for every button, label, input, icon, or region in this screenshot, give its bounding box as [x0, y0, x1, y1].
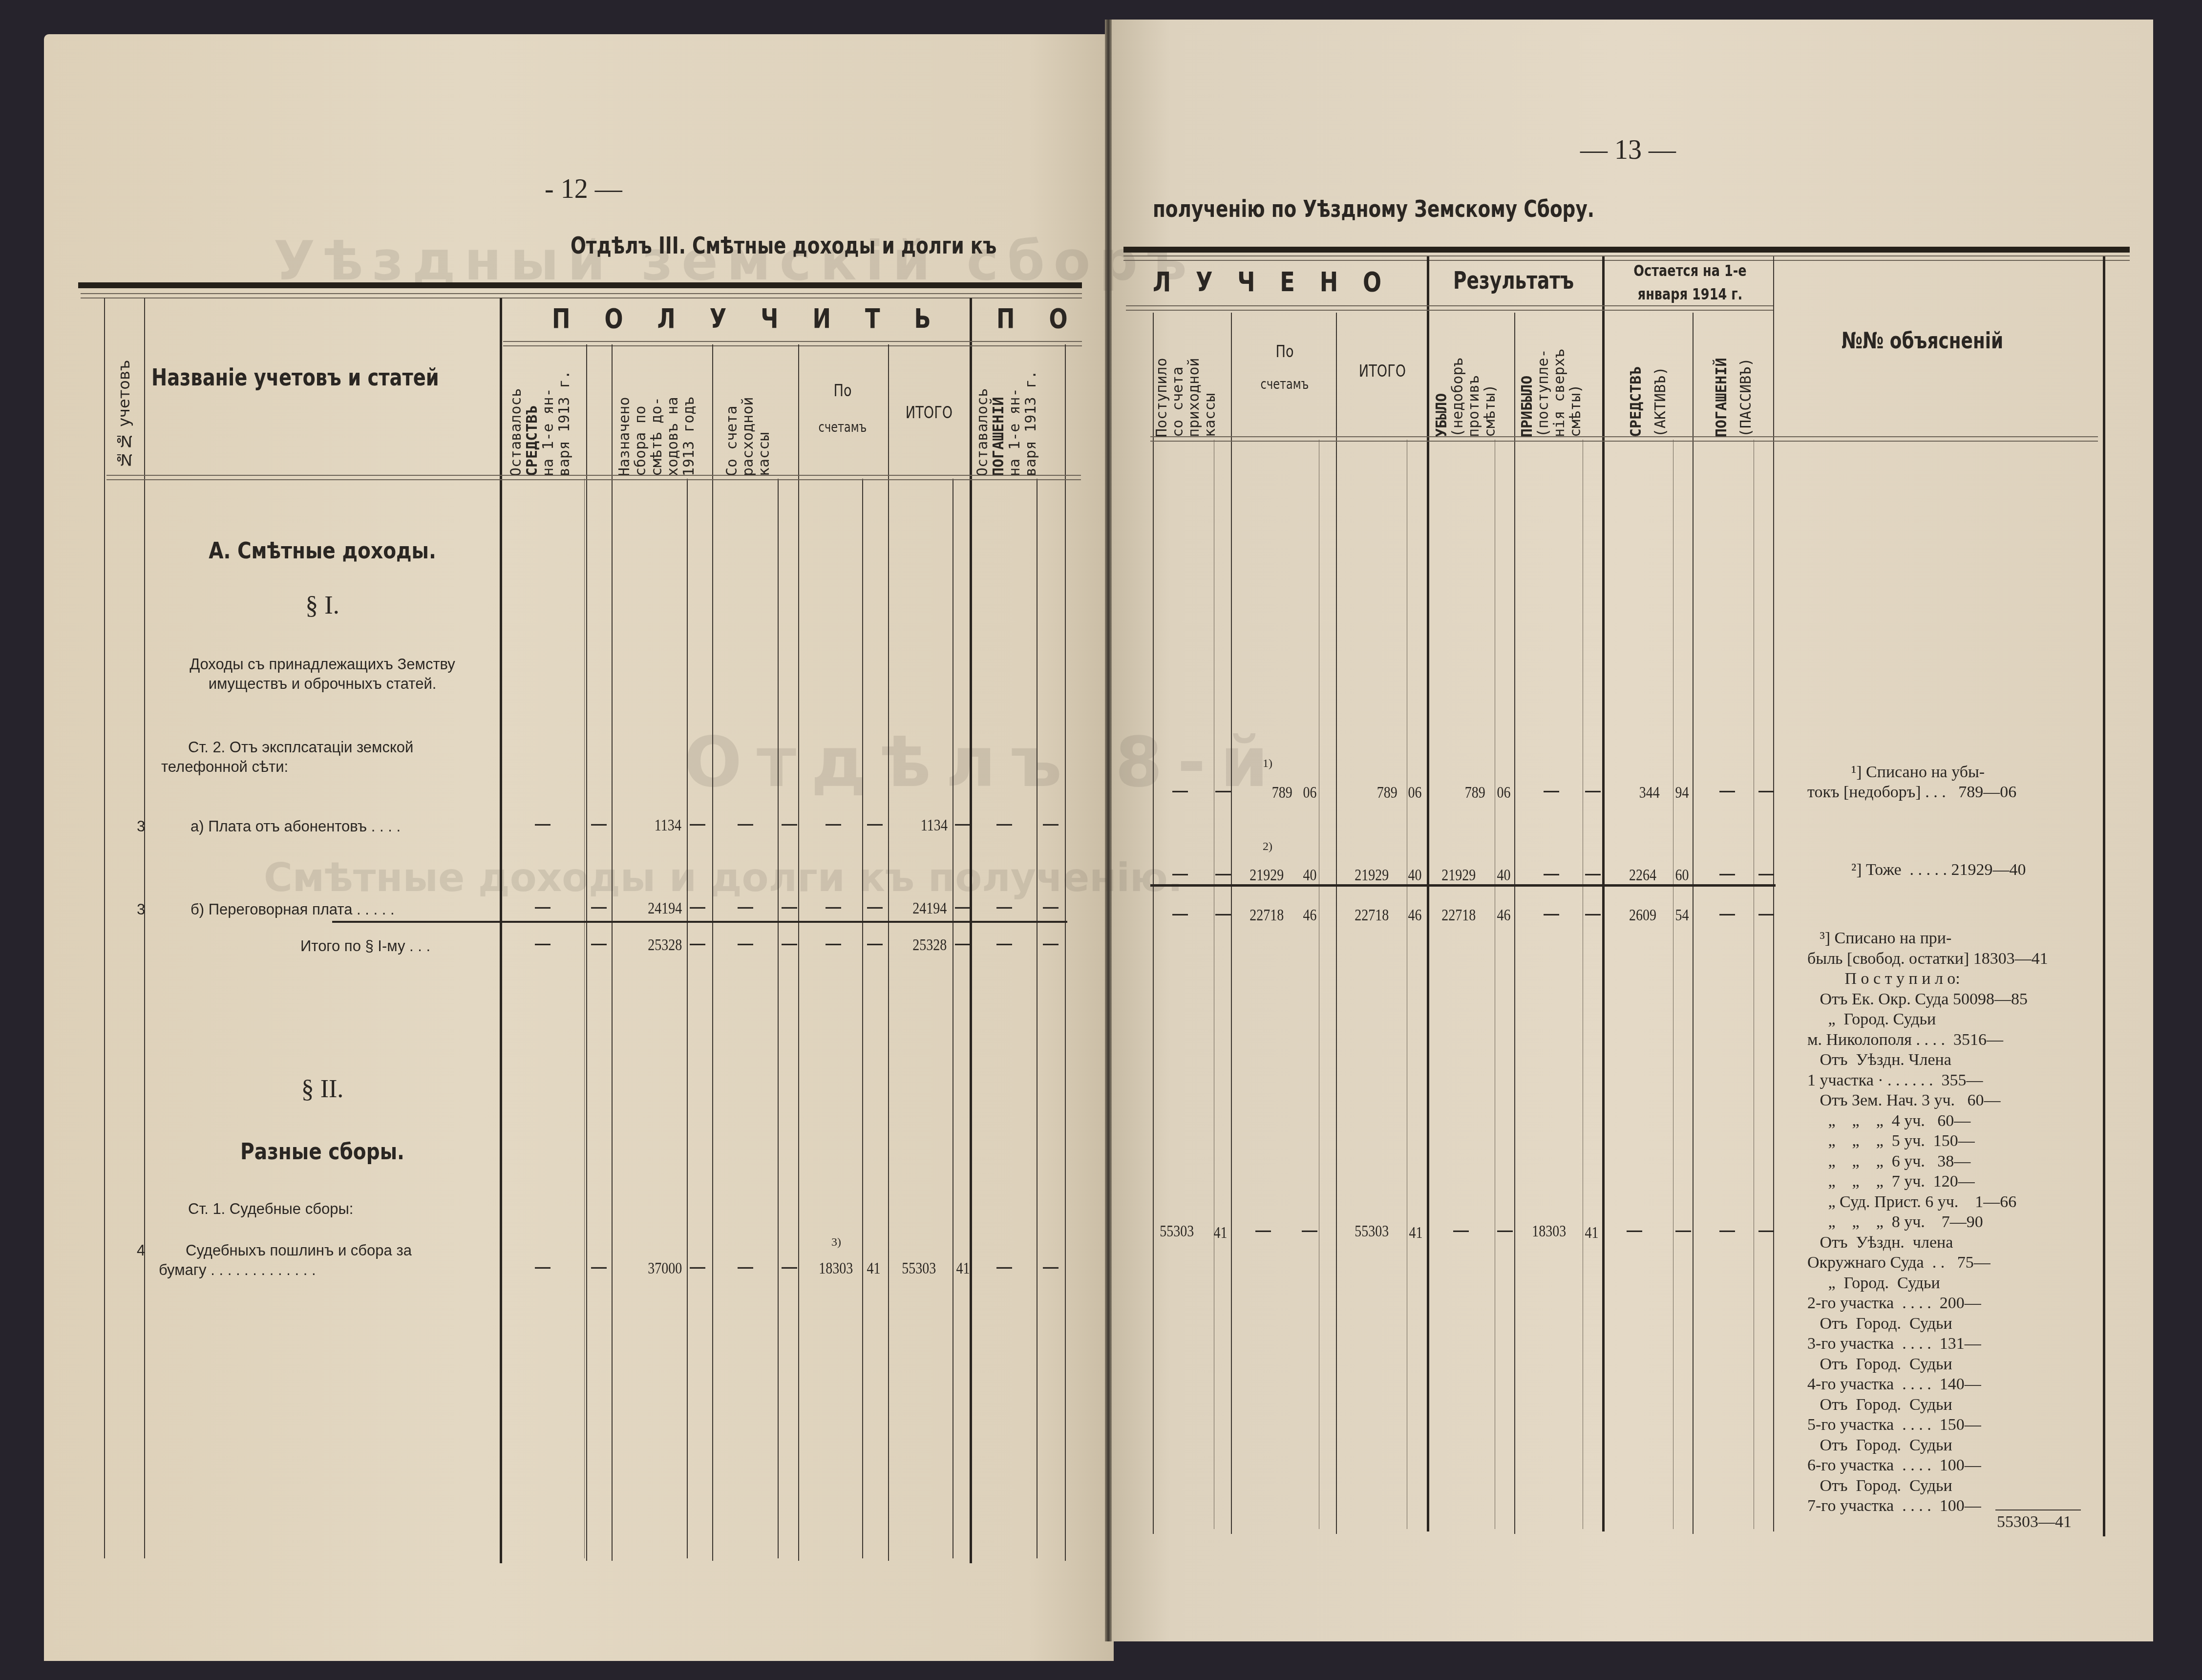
col-header-ubylo: УБЫЛО(недоборъпротивъсмѣты): [1434, 322, 1498, 437]
explanation-line: „ „ „ 5 уч. 150—: [1807, 1131, 2048, 1151]
cell: —: [738, 935, 753, 953]
cell: —: [955, 935, 971, 953]
col-header-explanations: №№ объясненій: [1842, 327, 2003, 354]
grid-line: [1754, 440, 1754, 1529]
cell: —: [826, 935, 841, 953]
footnote-marker: 1): [1263, 757, 1272, 770]
header-rule: [78, 282, 1082, 288]
explanation-line: Отъ Город. Судьи: [1807, 1354, 2048, 1375]
cell: —: [1302, 1221, 1317, 1239]
cell: —: [1758, 782, 1774, 800]
cell: —: [867, 815, 883, 833]
col-header-ostavalos-pogasheniy: ОставалосьПОГАШЕНІЙна 1-е ян-варя 1913 г…: [974, 352, 1039, 476]
grid-line: [712, 344, 713, 1561]
cell: —: [1215, 865, 1231, 883]
grid-line: [1602, 256, 1605, 1531]
grid-line: [1065, 344, 1066, 1561]
grid-line: [1514, 313, 1515, 1534]
cell: —: [867, 935, 883, 953]
cell-kopecks: 46: [1303, 907, 1316, 925]
cell: —: [1585, 782, 1601, 800]
grid-line: [687, 479, 688, 1558]
cell-kopecks: 46: [1408, 907, 1421, 925]
grid-line: [1407, 440, 1407, 1529]
cell-itogo: 1134: [921, 817, 948, 835]
col-header-number: №№ учетовъ: [116, 342, 132, 469]
cell: —: [782, 1258, 797, 1276]
cell-kopecks: 40: [1408, 867, 1421, 885]
grid-line: [104, 298, 105, 1558]
explanation-line: Отъ Уѣздн. Члена: [1807, 1050, 2048, 1070]
cell-itogo: 55303: [902, 1260, 936, 1278]
row-label: б) Переговорная плата . . . . .: [191, 900, 395, 919]
cell: —: [1719, 905, 1735, 923]
grid-line: [1673, 440, 1673, 1529]
cell-kopecks: 40: [1303, 867, 1316, 885]
cell: —: [1043, 898, 1059, 916]
page-title: Отдѣлъ III. Смѣтные доходы и долги къ: [571, 232, 996, 259]
grid-line: [584, 479, 585, 1558]
grid-line: [953, 479, 953, 1558]
grid-line: [1773, 256, 1774, 1531]
cell-kopecks: 06: [1497, 784, 1510, 802]
grid-line: [1319, 440, 1319, 1529]
grid-line: [1231, 313, 1232, 1534]
cell: —: [1215, 782, 1231, 800]
col-header-itogo: ИТОГО: [898, 403, 960, 423]
section-heading: Разные сборы.: [173, 1138, 472, 1165]
grid-line: [144, 298, 145, 1558]
grid-line: [612, 344, 613, 1561]
cell: —: [1453, 1221, 1469, 1239]
cell: —: [955, 815, 971, 833]
explanation-line: 5-го участка . . . . 150—: [1807, 1415, 2048, 1435]
cell: —: [591, 935, 607, 953]
grid-line: [970, 298, 972, 1563]
header-group-remains: Остается на 1-еянваря 1914 г.: [1607, 259, 1773, 306]
cell-sredstv: 2609: [1629, 907, 1656, 925]
cell: —: [1585, 905, 1601, 923]
explanation-line: Отъ Город. Судьи: [1807, 1435, 2048, 1456]
row-number: 3: [137, 900, 145, 919]
explanation-line: Отъ Уѣздн. члена: [1807, 1233, 2048, 1253]
explanation-line: „ Город. Судьи: [1807, 1273, 2048, 1294]
cell-kopecks: 60: [1675, 867, 1689, 885]
explanation-line: „ „ „ 7 уч. 120—: [1807, 1171, 2048, 1192]
cell-kopecks: 41: [956, 1260, 970, 1278]
cell-postupilo: 55303: [1160, 1223, 1194, 1241]
cell-kopecks: 46: [1497, 907, 1510, 925]
grid-line: [1214, 440, 1214, 1529]
explanation-line: 6-го участка . . . . 100—: [1807, 1455, 2048, 1476]
cell-kopecks: 41: [1585, 1224, 1598, 1242]
explanation-line: Отъ Город. Судьи: [1807, 1395, 2048, 1415]
cell: —: [782, 898, 797, 916]
explanation-line: „ Город. Судьи: [1807, 1009, 2048, 1030]
cell: —: [996, 898, 1012, 916]
row-label: а) Плата отъ абонентовъ . . . .: [191, 817, 401, 836]
row-label: Судебныхъ пошлинъ и сбора забумагу . . .…: [159, 1241, 412, 1280]
section-heading: А. Смѣтные доходы.: [173, 537, 472, 564]
page-number: - 12 —: [545, 173, 622, 205]
cell: —: [1043, 1258, 1059, 1276]
header-group-po: П О: [996, 303, 1081, 335]
grid-line: [2103, 256, 2105, 1536]
col-header-po-schetam: Посчетамъ: [809, 381, 876, 435]
cell-itogo: 25328: [912, 936, 947, 955]
cell: —: [1675, 1221, 1691, 1239]
cell: —: [1719, 782, 1735, 800]
paragraph-heading: § II.: [147, 1075, 498, 1104]
explanation-line: Окружнаго Суда . . 75—: [1807, 1253, 2048, 1273]
grid-line: [1495, 440, 1495, 1529]
cell: —: [1172, 782, 1188, 800]
header-rule: [81, 293, 1082, 298]
cell-po-schetam: 789: [1272, 784, 1292, 802]
cell: —: [738, 815, 753, 833]
explanation-line: Отъ Зем. Нач. 3 уч. 60—: [1807, 1090, 2048, 1111]
subtotal-rule: [332, 921, 1067, 923]
cell: —: [1215, 905, 1231, 923]
cell-ubylo: 22718: [1441, 907, 1476, 925]
cell: —: [996, 935, 1012, 953]
cell: —: [738, 1258, 753, 1276]
bleed-through-text: Смѣтные доходы и долги къ полученію.: [264, 855, 1183, 900]
cell: —: [1627, 1221, 1642, 1239]
cell: —: [535, 815, 550, 833]
grid-line: [586, 344, 587, 1561]
total-rule: [1995, 1510, 2081, 1510]
col-header-pogasheniy: ПОГАШЕНІЙ(ПАССИВЪ): [1710, 322, 1758, 437]
explanation-line: ³] Списано на при-: [1807, 928, 2048, 949]
col-header-itogo: ИТОГО: [1347, 362, 1418, 381]
cell: —: [591, 815, 607, 833]
grid-line: [778, 479, 779, 1558]
footnote-marker: 2): [1263, 840, 1272, 853]
grid-line: [1336, 313, 1337, 1534]
cell-po-schetam: 22718: [1249, 907, 1284, 925]
bleed-through-text: Отдѣлъ 8-й: [684, 723, 1283, 803]
explanation-3: ³] Списано на при-быль [свобод. остатки]…: [1807, 928, 2048, 1516]
cell: —: [1043, 815, 1059, 833]
footnote-marker: 3): [831, 1236, 841, 1249]
cell: —: [591, 898, 607, 916]
cell-kopecks: 94: [1675, 784, 1689, 802]
col-header-name: Названіе учетовъ и статей: [151, 364, 439, 391]
cell: —: [782, 935, 797, 953]
col-header-pribylo: ПРИБЫЛО(поступле-нія сверхъсмѣты): [1519, 322, 1584, 437]
grid-line: [798, 344, 799, 1561]
subtotal-rule: [1150, 884, 1776, 887]
cell-naznacheno: 24194: [648, 900, 682, 918]
col-header-so-scheta: Со счетарасходнойкассы: [724, 371, 772, 476]
header-group-polucheno: Л У Ч Е Н О: [1153, 266, 1390, 298]
header-rule: [1123, 247, 2130, 253]
article-heading: Ст. 2. Отъ эксплсатаціи земскойтелефонно…: [161, 738, 413, 777]
cell-naznacheno: 37000: [648, 1260, 682, 1278]
header-group-poluchit: П О Л У Ч И Т Ь: [552, 303, 944, 335]
cell-ubylo: 21929: [1441, 867, 1476, 885]
cell: —: [826, 898, 841, 916]
paragraph-heading: § I.: [147, 591, 498, 620]
cell-ubylo: 789: [1465, 784, 1485, 802]
cell-naznacheno: 1134: [655, 817, 681, 835]
cell: —: [1497, 1221, 1513, 1239]
col-header-sredstv: СРЕДСТВЪ(АКТИВЪ): [1624, 327, 1673, 437]
cell-itogo: 789: [1377, 784, 1397, 802]
cell: —: [1043, 935, 1059, 953]
cell-kopecks: 40: [1497, 867, 1510, 885]
cell: —: [826, 815, 841, 833]
grid-line: [888, 344, 889, 1561]
cell: —: [690, 898, 705, 916]
cell: —: [955, 898, 971, 916]
cell: —: [738, 898, 753, 916]
cell: —: [591, 1258, 607, 1276]
header-rule: [503, 341, 1082, 346]
cell: —: [1255, 1221, 1271, 1239]
grid-line: [1037, 479, 1037, 1558]
explanation-total: 55303—41: [1997, 1512, 2072, 1532]
col-header-ostavalos-sredstv: ОставалосьСРЕДСТВЪна 1-е ян-варя 1913 г.: [508, 352, 572, 476]
cell: —: [690, 1258, 705, 1276]
explanation-line: „ „ „ 4 уч. 60—: [1807, 1111, 2048, 1131]
cell-kopecks: 54: [1675, 907, 1689, 925]
explanation-line: Отъ Ек. Окр. Суда 50098—85: [1807, 989, 2048, 1010]
row-label: Итого по § I-му . . .: [300, 936, 430, 956]
explanation-line: 1 участка · . . . . . . 355—: [1807, 1070, 2048, 1091]
cell-itogo: 21929: [1355, 867, 1389, 885]
cell: —: [690, 935, 705, 953]
explanation-line: „ Суд. Прист. 6 уч. 1—66: [1807, 1192, 2048, 1212]
header-rule: [1150, 436, 2098, 442]
col-header-po-schetam: Посчетамъ: [1244, 342, 1326, 392]
article-heading: Ст. 1. Судебные сборы:: [188, 1199, 353, 1219]
explanation-2: ²] Тоже . . . . . 21929—40: [1851, 860, 2026, 880]
grid-line: [862, 479, 863, 1558]
cell-pribylo: 18303: [1532, 1223, 1566, 1241]
explanation-line: „ „ „ 8 уч. 7—90: [1807, 1212, 2048, 1233]
cell: —: [535, 935, 550, 953]
cell: —: [1172, 905, 1188, 923]
grid-line: [1427, 256, 1429, 1531]
cell-sredstv: 344: [1639, 784, 1660, 802]
cell: —: [1544, 865, 1559, 883]
explanation-line: П о с т у п и л о:: [1807, 969, 2048, 989]
cell-kopecks: 06: [1303, 784, 1316, 802]
cell-kopecks: 41: [1409, 1224, 1422, 1242]
cell: —: [996, 1258, 1012, 1276]
cell: —: [1544, 905, 1559, 923]
cell-sredstv: 2264: [1629, 867, 1656, 885]
header-rule: [106, 475, 1081, 480]
explanation-line: Отъ Город. Судьи: [1807, 1476, 2048, 1496]
cell-kopecks: 41: [867, 1260, 880, 1278]
cell: —: [1758, 1221, 1774, 1239]
header-rule: [1126, 305, 1773, 311]
col-header-postupilo: Поступилосо счетаприходнойкассы: [1154, 318, 1218, 437]
explanation-line: быль [свобод. остатки] 18303—41: [1807, 949, 2048, 969]
grid-line: [500, 298, 502, 1563]
cell: —: [690, 815, 705, 833]
paragraph-description: Доходы съ принадлежащихъ Земствуимуществ…: [147, 655, 498, 694]
explanation-line: 3-го участка . . . . 131—: [1807, 1334, 2048, 1354]
explanation-line: 4-го участка . . . . 140—: [1807, 1374, 2048, 1395]
col-header-naznacheno: Назначеносбора посмѣтѣ до-ходовъ на1913 …: [616, 354, 697, 476]
cell: —: [1758, 905, 1774, 923]
cell-kopecks: 06: [1408, 784, 1421, 802]
cell-po-schetam: 21929: [1249, 867, 1284, 885]
grid-line: [1693, 313, 1694, 1534]
explanation-line: „ „ „ 6 уч. 38—: [1807, 1151, 2048, 1172]
cell-po-schetam: 18303: [819, 1260, 853, 1278]
page-title: полученію по Уѣздному Земскому Сбору.: [1153, 195, 1594, 223]
cell-itogo: 22718: [1355, 907, 1389, 925]
cell: —: [1719, 865, 1735, 883]
grid-line: [1583, 440, 1583, 1529]
cell-kopecks: 41: [1213, 1224, 1227, 1242]
cell: —: [1585, 865, 1601, 883]
cell: —: [535, 898, 550, 916]
grid-line: [1153, 313, 1154, 1534]
cell: —: [1719, 1221, 1735, 1239]
row-number: 3: [137, 817, 145, 836]
cell-itogo: 24194: [912, 900, 947, 918]
cell: —: [782, 815, 797, 833]
explanation-line: Отъ Город. Судьи: [1807, 1314, 2048, 1334]
cell: —: [535, 1258, 550, 1276]
explanation-1: ¹] Списано на убы-токъ [недоборъ] . . . …: [1807, 762, 2016, 802]
cell: —: [1172, 865, 1188, 883]
explanation-line: 2-го участка . . . . 200—: [1807, 1293, 2048, 1314]
explanation-line: м. Николополя . . . . 3516—: [1807, 1030, 2048, 1050]
cell: —: [1758, 865, 1774, 883]
cell: —: [996, 815, 1012, 833]
cell-itogo: 55303: [1355, 1223, 1389, 1241]
cell: —: [867, 898, 883, 916]
header-group-result: Результатъ: [1453, 266, 1574, 295]
row-number: 4: [137, 1241, 145, 1260]
cell-naznacheno: 25328: [648, 936, 682, 955]
cell: —: [1544, 782, 1559, 800]
page-number: — 13 —: [1580, 134, 1676, 166]
